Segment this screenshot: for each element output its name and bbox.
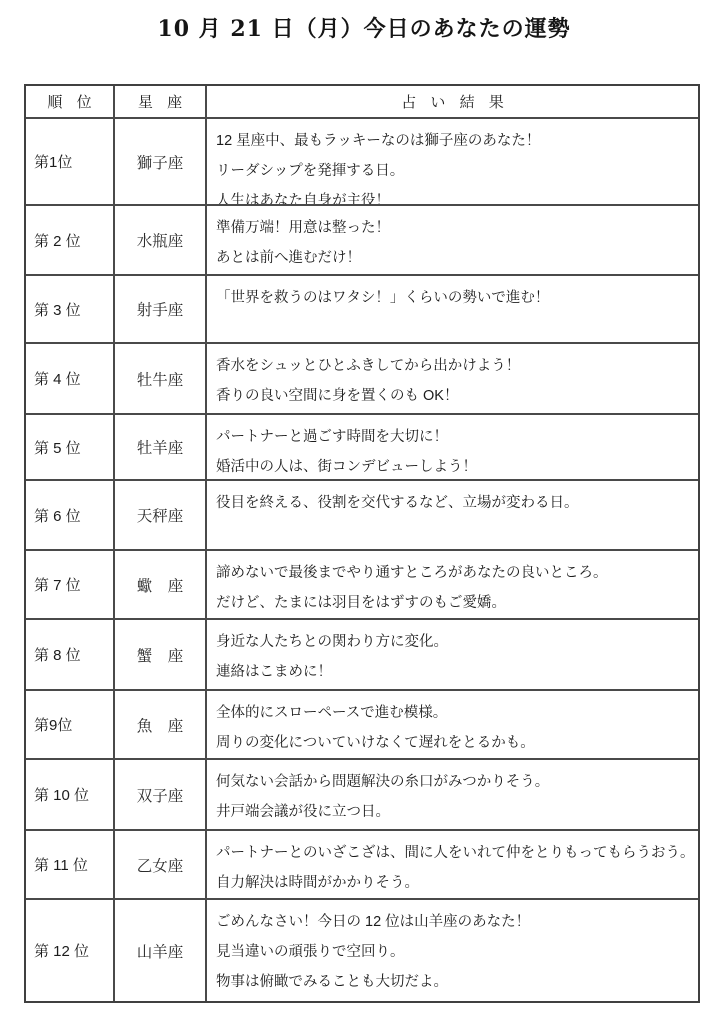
- header-sign: 星 座: [113, 86, 205, 117]
- fortune-line: 12 星座中、最もラッキーなのは獅子座のあなた！: [216, 126, 692, 156]
- fortune-result-cell: 12 星座中、最もラッキーなのは獅子座のあなた！リーダシップを発揮する日。人生は…: [205, 119, 698, 204]
- zodiac-sign-cell: 双子座: [113, 760, 205, 829]
- table-row: 第 8 位蟹 座身近な人たちとの関わり方に変化。連絡はこまめに！: [26, 618, 698, 689]
- fortune-line: 自力解決は時間がかかりそう。: [216, 868, 692, 898]
- fortune-line: 連絡はこまめに！: [216, 657, 692, 687]
- table-row: 第 12 位山羊座ごめんなさい！今日の 12 位は山羊座のあなた！見当違いの頑張…: [26, 898, 698, 1001]
- fortune-line: 見当違いの頑張りで空回り。: [216, 937, 692, 967]
- fortune-line: リーダシップを発揮する日。: [216, 156, 692, 186]
- zodiac-sign-cell: 山羊座: [113, 900, 205, 1001]
- fortune-result-cell: 役目を終える、役割を交代するなど、立場が変わる日。: [205, 481, 698, 549]
- header-result: 占 い 結 果: [205, 86, 698, 117]
- fortune-line: 「世界を救うのはワタシ！」くらいの勢いで進む！: [216, 283, 692, 313]
- fortune-line: 準備万端！用意は整った！: [216, 213, 692, 243]
- document-page: 10 月 21 日（月）今日のあなたの運勢 順 位 星 座 占 い 結 果 第1…: [0, 12, 728, 1003]
- table-row: 第 3 位射手座「世界を救うのはワタシ！」くらいの勢いで進む！: [26, 274, 698, 342]
- zodiac-sign-cell: 水瓶座: [113, 206, 205, 274]
- fortune-line: 香水をシュッとひとふきしてから出かけよう！: [216, 351, 692, 381]
- zodiac-sign-cell: 射手座: [113, 276, 205, 342]
- zodiac-sign-cell: 蠍 座: [113, 551, 205, 618]
- zodiac-sign-cell: 獅子座: [113, 119, 205, 204]
- rank-cell: 第 8 位: [26, 620, 113, 689]
- table-row: 第 10 位双子座何気ない会話から問題解決の糸口がみつかりそう。井戸端会議が役に…: [26, 758, 698, 829]
- fortune-line: パートナーと過ごす時間を大切に！: [216, 422, 692, 452]
- fortune-line: ごめんなさい！今日の 12 位は山羊座のあなた！: [216, 907, 692, 937]
- rank-cell: 第 11 位: [26, 831, 113, 898]
- fortune-result-cell: 「世界を救うのはワタシ！」くらいの勢いで進む！: [205, 276, 698, 342]
- fortune-result-cell: パートナーとのいざこざは、間に人をいれて仲をとりもってもらうおう。自力解決は時間…: [205, 831, 698, 898]
- fortune-result-cell: 身近な人たちとの関わり方に変化。連絡はこまめに！: [205, 620, 698, 689]
- fortune-line: 香りの良い空間に身を置くのも OK！: [216, 381, 692, 411]
- zodiac-sign-cell: 魚 座: [113, 691, 205, 758]
- table-row: 第 11 位乙女座パートナーとのいざこざは、間に人をいれて仲をとりもってもらうお…: [26, 829, 698, 898]
- table-header-row: 順 位 星 座 占 い 結 果: [26, 86, 698, 117]
- zodiac-sign-cell: 天秤座: [113, 481, 205, 549]
- fortune-line: 物事は俯瞰でみることも大切だよ。: [216, 967, 692, 997]
- fortune-line: 役目を終える、役割を交代するなど、立場が変わる日。: [216, 488, 692, 518]
- zodiac-sign-cell: 牡牛座: [113, 344, 205, 413]
- fortune-result-cell: 香水をシュッとひとふきしてから出かけよう！香りの良い空間に身を置くのも OK！: [205, 344, 698, 413]
- fortune-line: 人生はあなた自身が主役！: [216, 186, 692, 204]
- fortune-line: 井戸端会議が役に立つ日。: [216, 797, 692, 827]
- fortune-line: 身近な人たちとの関わり方に変化。: [216, 627, 692, 657]
- table-row: 第9位魚 座全体的にスローペースで進む模様。周りの変化についていけなくて遅れをと…: [26, 689, 698, 758]
- fortune-table: 順 位 星 座 占 い 結 果 第1位獅子座12 星座中、最もラッキーなのは獅子…: [24, 84, 700, 1003]
- rank-cell: 第 2 位: [26, 206, 113, 274]
- table-row: 第 5 位牡羊座パートナーと過ごす時間を大切に！婚活中の人は、街コンデビューしよ…: [26, 413, 698, 479]
- fortune-line: だけど、たまには羽目をはずすのもご愛嬌。: [216, 588, 692, 618]
- header-rank: 順 位: [26, 86, 113, 117]
- table-row: 第 4 位牡牛座香水をシュッとひとふきしてから出かけよう！香りの良い空間に身を置…: [26, 342, 698, 413]
- fortune-result-cell: 準備万端！用意は整った！あとは前へ進むだけ！: [205, 206, 698, 274]
- rank-cell: 第1位: [26, 119, 113, 204]
- fortune-line: 諦めないで最後までやり通すところがあなたの良いところ。: [216, 558, 692, 588]
- fortune-line: 周りの変化についていけなくて遅れをとるかも。: [216, 728, 692, 758]
- rank-cell: 第 6 位: [26, 481, 113, 549]
- rank-cell: 第 10 位: [26, 760, 113, 829]
- table-body: 第1位獅子座12 星座中、最もラッキーなのは獅子座のあなた！リーダシップを発揮す…: [26, 117, 698, 1001]
- fortune-line: 何気ない会話から問題解決の糸口がみつかりそう。: [216, 767, 692, 797]
- zodiac-sign-cell: 牡羊座: [113, 415, 205, 479]
- table-row: 第 7 位蠍 座諦めないで最後までやり通すところがあなたの良いところ。だけど、た…: [26, 549, 698, 618]
- fortune-result-cell: 諦めないで最後までやり通すところがあなたの良いところ。だけど、たまには羽目をはず…: [205, 551, 698, 618]
- rank-cell: 第 3 位: [26, 276, 113, 342]
- fortune-line: 全体的にスローペースで進む模様。: [216, 698, 692, 728]
- fortune-result-cell: ごめんなさい！今日の 12 位は山羊座のあなた！見当違いの頑張りで空回り。物事は…: [205, 900, 698, 1001]
- zodiac-sign-cell: 乙女座: [113, 831, 205, 898]
- table-row: 第 6 位天秤座役目を終える、役割を交代するなど、立場が変わる日。: [26, 479, 698, 549]
- zodiac-sign-cell: 蟹 座: [113, 620, 205, 689]
- rank-cell: 第9位: [26, 691, 113, 758]
- rank-cell: 第 4 位: [26, 344, 113, 413]
- table-row: 第 2 位水瓶座準備万端！用意は整った！あとは前へ進むだけ！: [26, 204, 698, 274]
- fortune-line: 婚活中の人は、街コンデビューしよう！: [216, 452, 692, 479]
- rank-cell: 第 7 位: [26, 551, 113, 618]
- table-row: 第1位獅子座12 星座中、最もラッキーなのは獅子座のあなた！リーダシップを発揮す…: [26, 117, 698, 204]
- fortune-result-cell: 全体的にスローペースで進む模様。周りの変化についていけなくて遅れをとるかも。: [205, 691, 698, 758]
- fortune-line: パートナーとのいざこざは、間に人をいれて仲をとりもってもらうおう。: [216, 838, 692, 868]
- rank-cell: 第 5 位: [26, 415, 113, 479]
- fortune-result-cell: 何気ない会話から問題解決の糸口がみつかりそう。井戸端会議が役に立つ日。: [205, 760, 698, 829]
- fortune-line: あとは前へ進むだけ！: [216, 243, 692, 273]
- rank-cell: 第 12 位: [26, 900, 113, 1001]
- fortune-result-cell: パートナーと過ごす時間を大切に！婚活中の人は、街コンデビューしよう！: [205, 415, 698, 479]
- page-title: 10 月 21 日（月）今日のあなたの運勢: [0, 12, 728, 43]
